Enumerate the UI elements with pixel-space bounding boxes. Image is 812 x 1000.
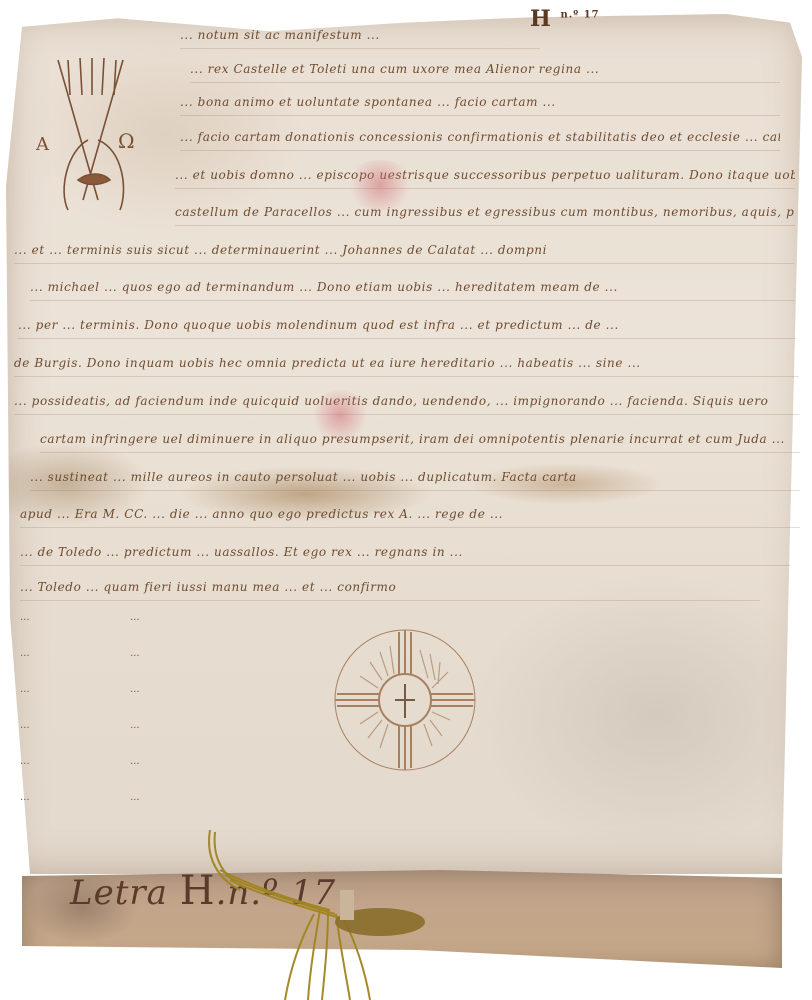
text-line: ... per ... terminis. Dono quoque uobis … xyxy=(18,318,796,339)
text-line: de Burgis. Dono inquam uobis hec omnia p… xyxy=(14,356,799,377)
seal-cord-tassel xyxy=(190,830,450,1000)
plica-label-prefix: Letra xyxy=(70,873,168,913)
text-line: ... facio cartam donationis concessionis… xyxy=(180,130,780,151)
text-line: ... rex Castelle et Toleti una cum uxore… xyxy=(190,62,780,83)
text-line: ... bona animo et uoluntate spontanea ..… xyxy=(180,95,780,116)
text-line: castellum de Paracellos ... cum ingressi… xyxy=(175,205,795,226)
text-line: cartam infringere uel diminuere in aliqu… xyxy=(40,432,800,453)
witness-column-left: ... ... ... ... ... ... xyxy=(20,600,30,816)
text-line: ... de Toledo ... predictum ... uassallo… xyxy=(20,545,790,566)
red-stain xyxy=(345,160,415,210)
text-line: ... et ... terminis suis sicut ... deter… xyxy=(14,243,794,264)
text-line: ... Toledo ... quam fieri iussi manu mea… xyxy=(20,580,760,601)
text-line: ... et uobis domno ... episcopo uestrisq… xyxy=(175,168,795,189)
red-stain xyxy=(310,390,370,440)
text-line: ... notum sit ac manifestum ... xyxy=(180,28,540,49)
text-line: apud ... Era M. CC. ... die ... anno quo… xyxy=(20,507,800,528)
rota-seal-sign xyxy=(320,620,490,780)
text-line: ... possideatis, ad faciendum inde quicq… xyxy=(14,394,799,415)
text-line: ... sustineat ... mille aureos in cauto … xyxy=(30,470,800,491)
text-line: ... michael ... quos ego ad terminandum … xyxy=(30,280,795,301)
witness-column-middle: ... ... ... ... ... ... xyxy=(130,600,140,816)
